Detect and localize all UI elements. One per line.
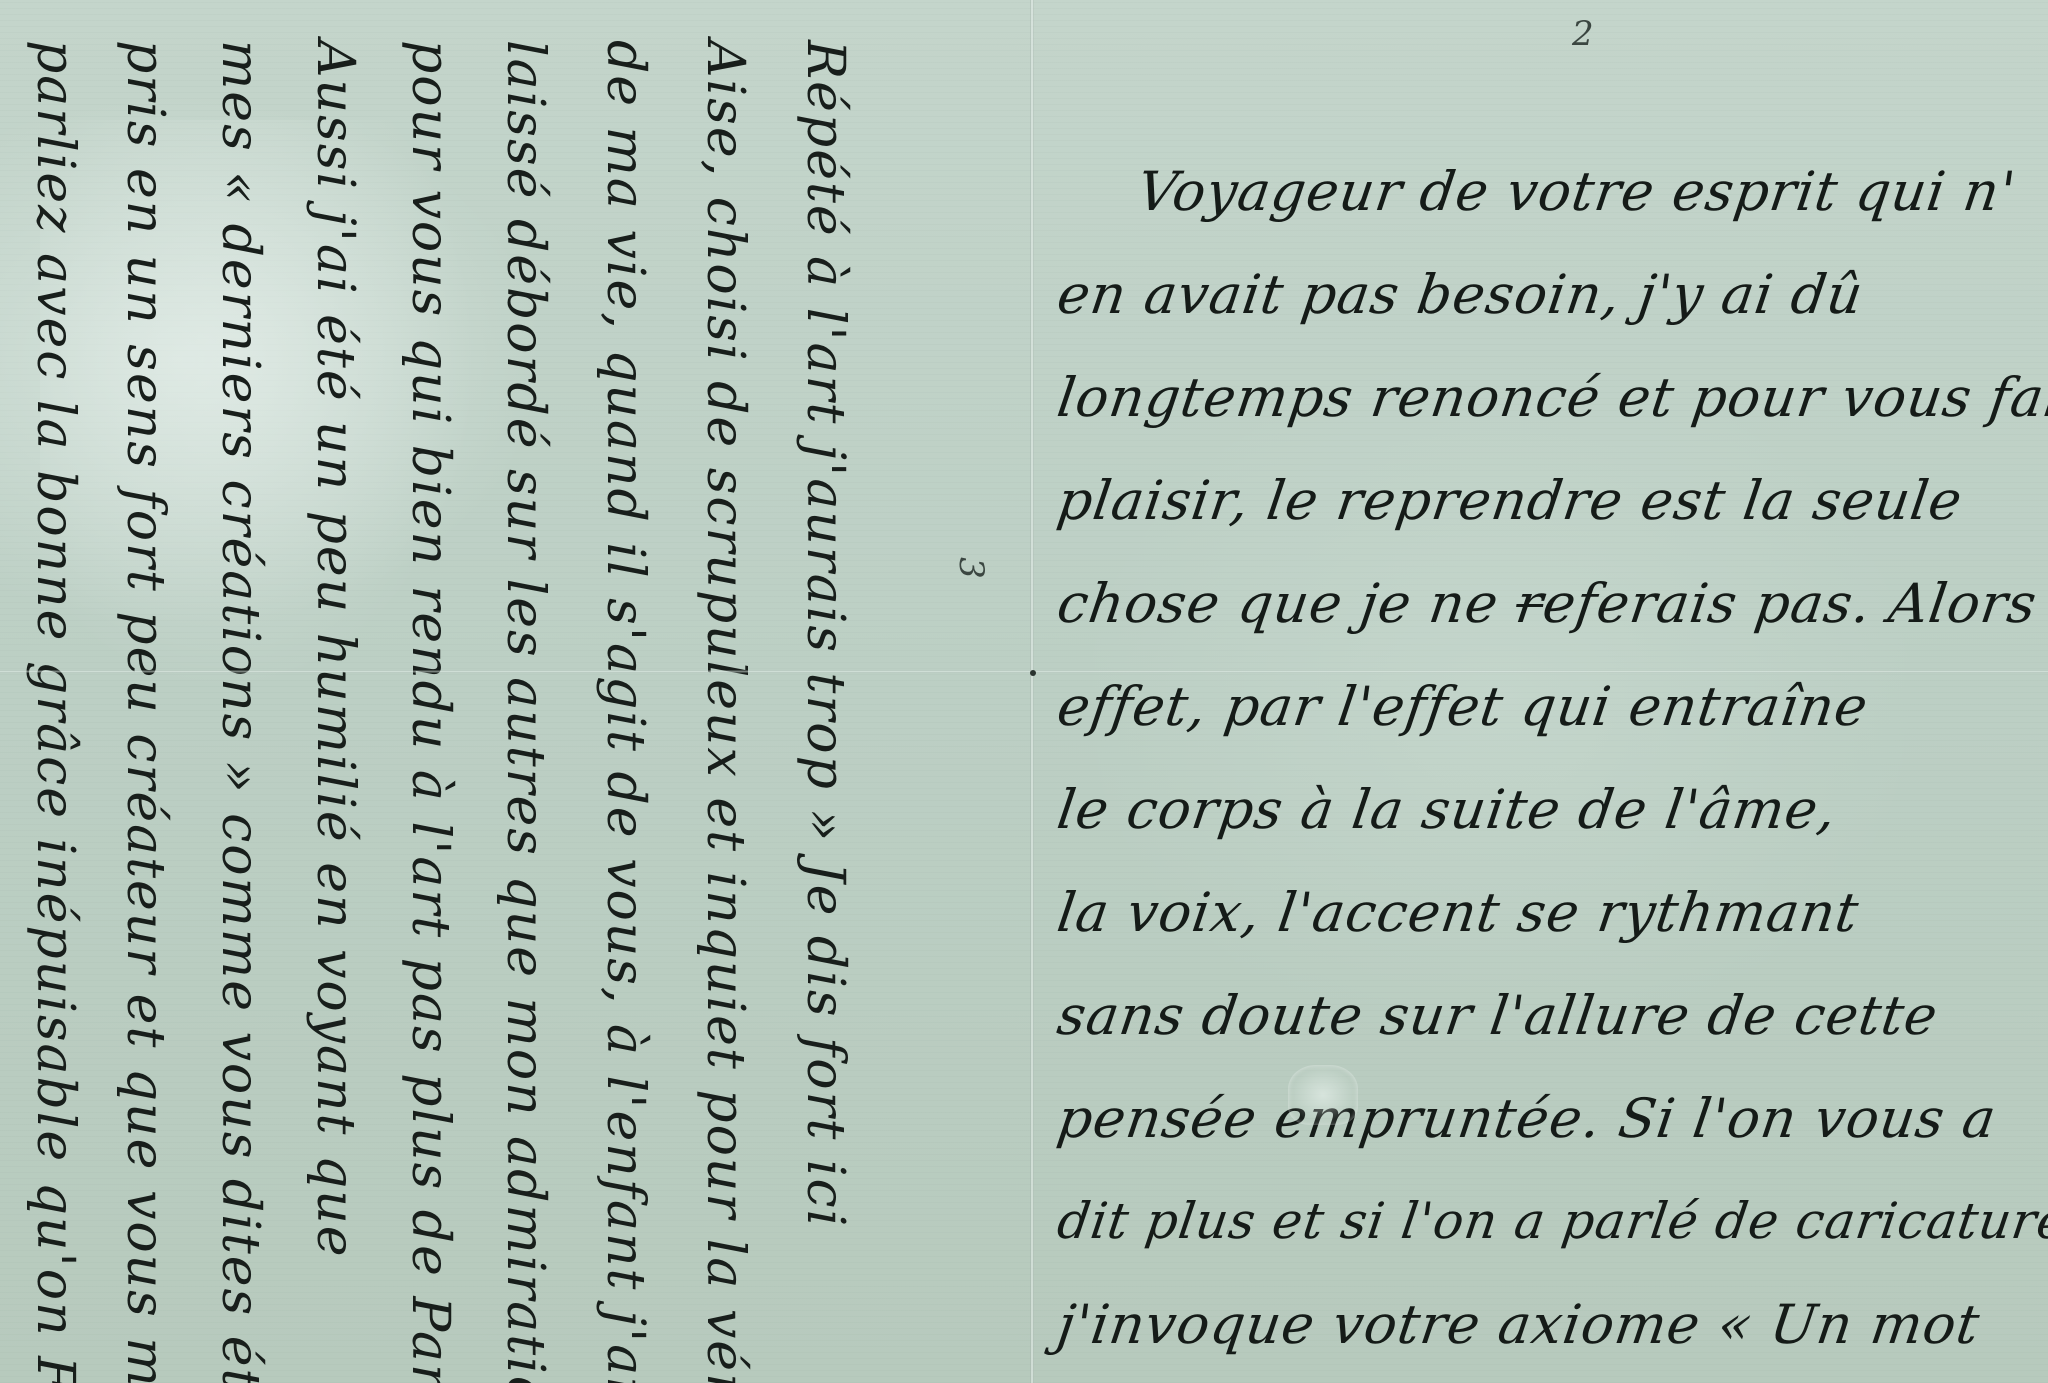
right-page-text: Voyageur de votre esprit qui n' en avait… [1058, 140, 2048, 1376]
left-line-7: mes « derniers créations » comme vous di… [205, 40, 275, 1340]
right-line-12: j'invoque votre axiome « Un mot [1051, 1273, 2048, 1376]
embossed-monogram [1288, 1065, 1358, 1125]
left-line-5: pour vous qui bien rendu à l'art pas plu… [395, 40, 465, 1340]
left-line-8: pris en un sens fort peu créateur et que… [110, 40, 180, 1340]
left-page-text: Répété à l'art j'aurais trop » Je dis fo… [40, 40, 870, 1370]
left-page: 3 Répété à l'art j'aurais trop » Je dis … [0, 0, 1040, 1383]
right-line-11: dit plus et si l'on a parlé de caricatur… [1051, 1170, 2048, 1273]
vertical-fold [1030, 0, 1034, 1383]
right-line-9: sans doute sur l'allure de cette [1051, 964, 2048, 1067]
right-line-8: la voix, l'accent se rythmant [1051, 861, 2048, 964]
right-line-5-end: eferais pas. Alors [1539, 572, 2041, 635]
right-line-5-start: chose que je ne [1054, 572, 1521, 635]
pin-hole [1030, 670, 1036, 676]
page-number-right: 2 [1572, 14, 1594, 54]
left-line-4: laissé débordé sur les autres que mon ad… [490, 40, 560, 1340]
right-line-7: le corps à la suite de l'âme, [1051, 758, 2048, 861]
right-line-2: en avait pas besoin, j'y ai dû [1051, 243, 2048, 346]
letter-spread: 3 Répété à l'art j'aurais trop » Je dis … [0, 0, 2048, 1383]
left-line-2: Aise, choisi de scrupuleux et inquiet po… [690, 40, 760, 1340]
left-line-6: Aussi j'ai été un peu humilié en voyant … [300, 40, 370, 1340]
right-line-3: longtemps renoncé et pour vous faire [1051, 346, 2048, 449]
left-line-1: Répété à l'art j'aurais trop » Je dis fo… [790, 40, 860, 1340]
left-line-3: de ma vie, quand il s'agit de vous, à l'… [590, 40, 660, 1340]
right-line-5: chose que je ne referais pas. Alors [1051, 552, 2048, 655]
left-line-9: parliez avec la bonne grâce inépuisable … [20, 40, 90, 1340]
page-number-left: 3 [951, 557, 991, 579]
right-line-4: plaisir, le reprendre est la seule [1051, 449, 2048, 552]
right-line-10: pensée empruntée. Si l'on vous a [1051, 1067, 2048, 1170]
horizontal-fold [0, 670, 2048, 673]
right-line-1: Voyageur de votre esprit qui n' [1051, 140, 2048, 243]
